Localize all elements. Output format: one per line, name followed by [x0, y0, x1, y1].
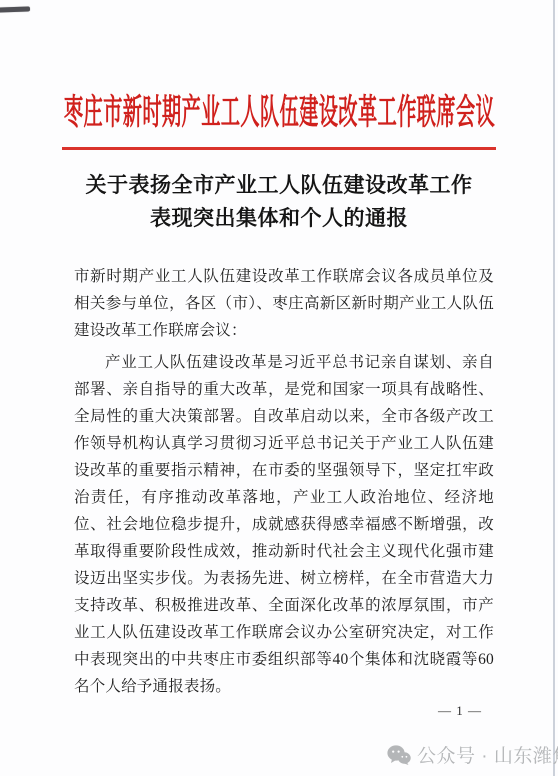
letterhead-org-name: 枣庄市新时期产业工人队伍建设改革工作联席会议	[63, 84, 494, 134]
letterhead-divider-rule	[62, 147, 496, 150]
body-paragraph: 产业工人队伍建设改革是习近平总书记亲自谋划、亲自部署、亲自指导的重大改革，是党和…	[74, 349, 494, 700]
document-title-line-2: 表现突出集体和个人的通报	[0, 202, 558, 235]
watermark: 公众号 · 山东潍焦	[387, 741, 558, 768]
scan-artifact-top-left	[0, 6, 30, 12]
document-body: 市新时期产业工人队伍建设改革工作联席会议各成员单位及相关参与单位，各区（市）、枣…	[74, 263, 494, 700]
wechat-icon	[387, 745, 411, 765]
page-number: — 1 —	[420, 703, 500, 719]
scanned-document-page: 枣庄市新时期产业工人队伍建设改革工作联席会议 关于表扬全市产业工人队伍建设改革工…	[0, 0, 558, 776]
letterhead: 枣庄市新时期产业工人队伍建设改革工作联席会议	[0, 86, 558, 132]
document-title: 关于表扬全市产业工人队伍建设改革工作 表现突出集体和个人的通报	[0, 169, 558, 235]
document-title-line-1: 关于表扬全市产业工人队伍建设改革工作	[0, 169, 558, 202]
salutation-paragraph: 市新时期产业工人队伍建设改革工作联席会议各成员单位及相关参与单位，各区（市）、枣…	[74, 263, 494, 344]
watermark-label: 公众号 · 山东潍焦	[417, 741, 558, 768]
